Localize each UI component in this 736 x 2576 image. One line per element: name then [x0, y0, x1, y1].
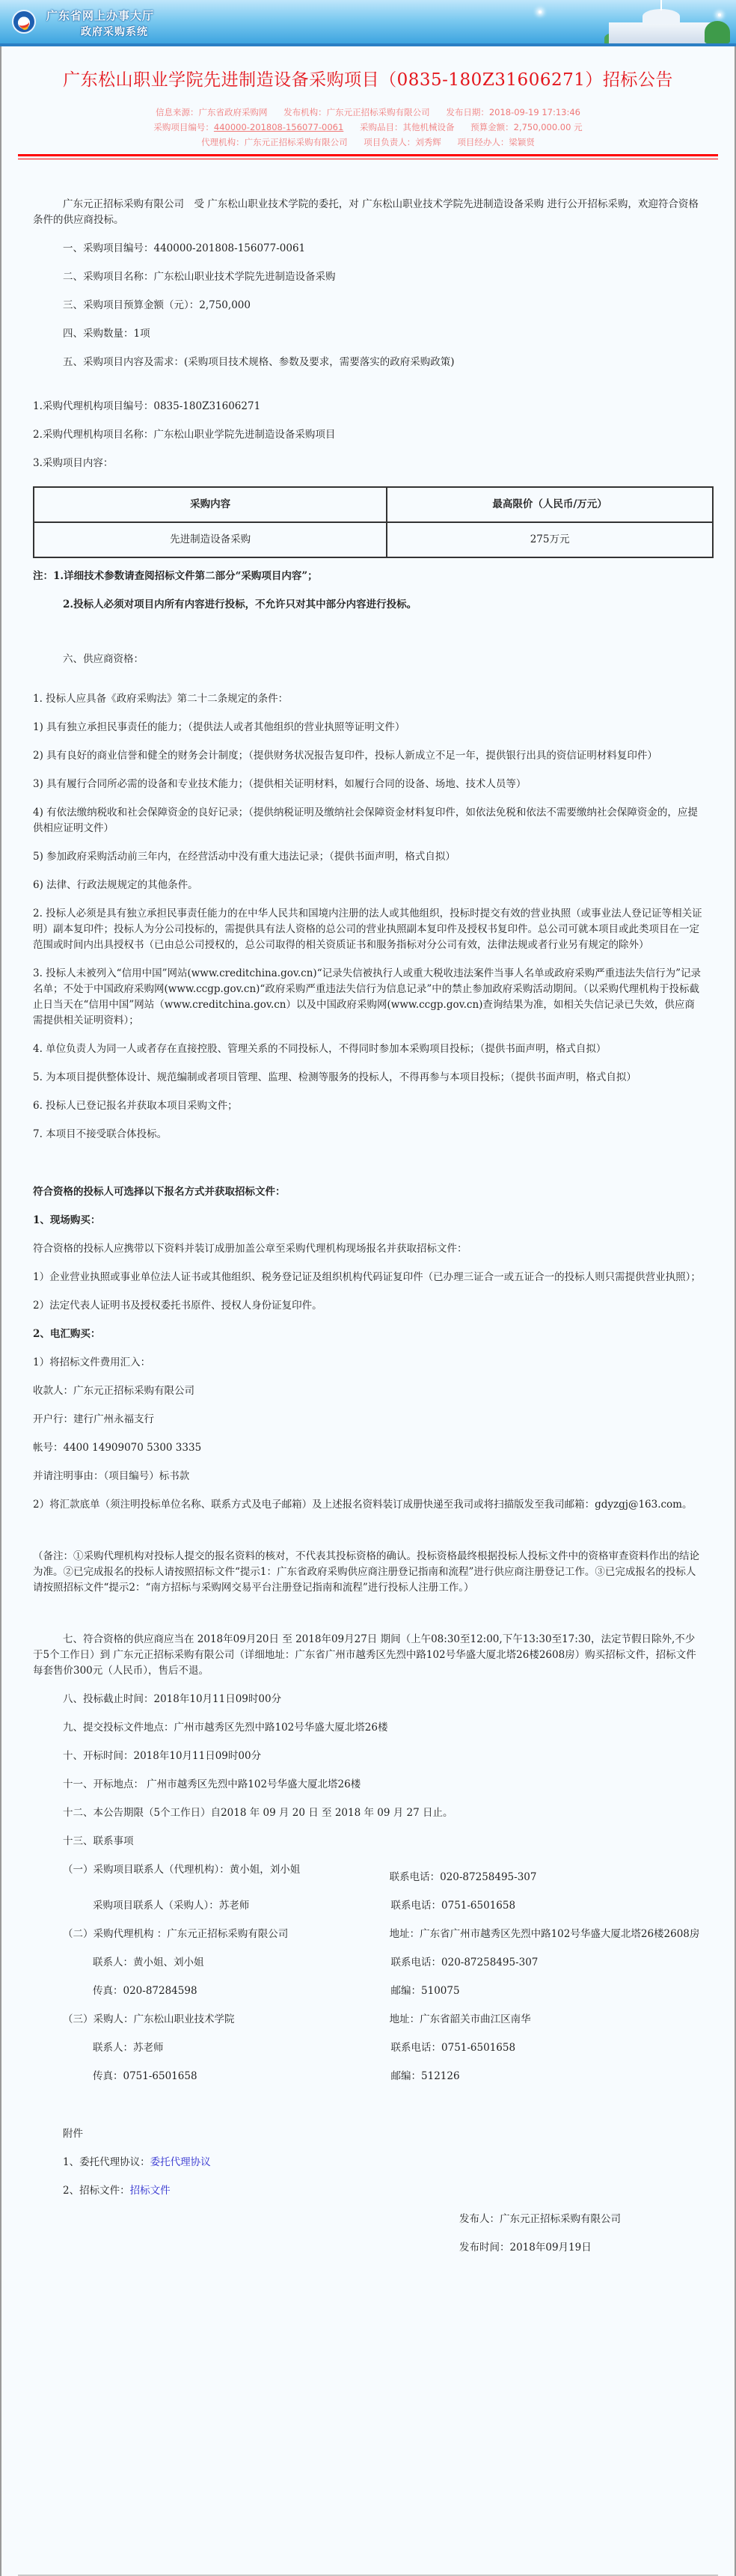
schedule-item: 九、提交投标文件地点：广州市越秀区先烈中路102号华盛大厦北塔26楼 [33, 1720, 703, 1736]
project-number-link[interactable]: 440000-201808-156077-0061 [214, 122, 343, 132]
onsite-item: 2）法定代表人证明书及授权委托书原件、授权人身份证复印件。 [33, 1298, 703, 1314]
contact-right: 联系电话：0751-6501658 [391, 1898, 703, 1914]
intro-item: 五、采购项目内容及需求：(采购项目技术规格、参数及要求，需要落实的政府采购政策) [33, 355, 703, 370]
wire-line: 2）将汇款底单（须注明投标单位名称、联系方式及电子邮箱）及上述报名资料装订成册快… [33, 1497, 703, 1513]
qualification-subitem: 2) 具有良好的商业信誉和健全的财务会计制度；（提供财务状况报告复印件，投标人新… [33, 748, 703, 764]
announcement-meta: 信息来源：广东省政府采购网 发布机构：广东元正招标采购有限公司 发布日期：201… [18, 105, 718, 150]
meta-date-label: 发布日期： [446, 107, 489, 117]
contact-left: （三）采购人：广东松山职业技术学院 [33, 2012, 390, 2028]
qualification-item: 6. 投标人已登记报名并获取本项目采购文件； [33, 1098, 703, 1114]
contact-right: 联系电话：020-87258495-307 [391, 1955, 703, 1971]
qualification-subitem: 1) 具有独立承担民事责任的能力；（提供法人或者其他组织的营业执照等证明文件） [33, 720, 703, 735]
contact-left: 传真：0751-6501658 [33, 2069, 391, 2084]
table-header-cell: 最高限价（人民币/万元） [387, 487, 713, 522]
wire-bank: 开户行：建行广州永福支行 [33, 1412, 703, 1428]
schedule-item: 十、开标时间：2018年10月11日09时00分 [33, 1749, 703, 1764]
contact-left: 联系人：苏老师 [33, 2040, 391, 2056]
page-title: 广东松山职业学院先进制造设备采购项目（0835-180Z31606271）招标公… [18, 46, 718, 105]
attachments-heading: 附件 [33, 2126, 703, 2142]
meta-source-value: 广东省政府采购网 [199, 107, 268, 117]
section-heading: 六、供应商资格： [33, 652, 703, 667]
qualification-subitem: 4) 有依法缴纳税收和社会保障资金的良好记录；（提供纳税证明及缴纳社会保障资金材… [33, 805, 703, 836]
intro-item: 三、采购项目预算金额（元）：2,750,000 [33, 298, 703, 313]
table-header-cell: 采购内容 [34, 487, 387, 522]
sparkle-decoration [539, 10, 542, 13]
contact-row: 联系人：苏老师 联系电话：0751-6501658 [33, 2040, 703, 2056]
wire-purchase-heading: 2、电汇购买： [33, 1327, 703, 1342]
meta-source-label: 信息来源： [156, 107, 199, 117]
meta-row-3: 代理机构：广东元正招标采购有限公司 项目负责人：刘秀辉 项目经办人：梁颖贤 [18, 135, 718, 150]
meta-project-no-label: 采购项目编号： [153, 122, 214, 132]
contact-left: 采购项目联系人（采购人）：苏老师 [33, 1898, 391, 1914]
contact-row: 传真：020-87284598 邮编：510075 [33, 1983, 703, 1999]
announcement-page: 广东松山职业学院先进制造设备采购项目（0835-180Z31606271）招标公… [0, 46, 736, 2576]
intro-item: 二、采购项目名称：广东松山职业技术学院先进制造设备采购 [33, 269, 703, 285]
wire-line: 1）将招标文件费用汇入： [33, 1355, 703, 1371]
meta-agency-label: 代理机构： [201, 137, 245, 147]
qualification-item: 4. 单位负责人为同一人或者存在直接控股、管理关系的不同投标人，不得同时参加本采… [33, 1041, 703, 1057]
wire-account: 帐号：4400 14909070 5300 3335 [33, 1440, 703, 1456]
contact-right: 地址：广东省广州市越秀区先烈中路102号华盛大厦北塔26楼2608房 [390, 1927, 703, 1942]
onsite-item: 1）企业营业执照或事业单位法人证书或其他组织、税务登记证及组织机构代码证复印件（… [33, 1270, 703, 1285]
banner-title-line2: 政府采购系统 [81, 24, 148, 39]
registration-remark: （备注：①采购代理机构对投标人提交的报名资料的核对，不代表其投标资格的确认。投标… [33, 1549, 703, 1596]
agency-info-item: 2.采购代理机构项目名称：广东松山职业学院先进制造设备采购项目 [33, 427, 703, 443]
contact-right: 邮编：512126 [391, 2069, 703, 2084]
meta-agency-value: 广东元正招标采购有限公司 [245, 137, 348, 147]
meta-budget-value: 2,750,000.00 元 [514, 122, 583, 132]
signature-time: 发布时间：2018年09月19日 [33, 2240, 703, 2256]
agency-info-item: 1.采购代理机构项目编号：0835-180Z31606271 [33, 399, 703, 414]
registration-heading: 符合资格的投标人可选择以下报名方式并获取招标文件： [33, 1184, 703, 1200]
schedule-item: 十二、本公告期限（5个工作日）自2018 年 09 月 20 日 至 2018 … [33, 1805, 703, 1821]
tree-decoration [705, 21, 730, 43]
table-cell: 275万元 [387, 522, 713, 557]
meta-manager-value: 刘秀辉 [415, 137, 441, 147]
agency-info-item: 3.采购项目内容： [33, 456, 703, 471]
meta-category-value: 其他机械设备 [402, 122, 454, 132]
contact-left: 传真：020-87284598 [33, 1983, 391, 1999]
note-line: 2.投标人必须对项目内所有内容进行投标，不允许只对其中部分内容进行投标。 [33, 597, 703, 613]
contact-right: 联系电话：020-87258495-307 [390, 1862, 703, 1885]
table-cell: 先进制造设备采购 [34, 522, 387, 557]
attachment-link-agency-agreement[interactable]: 委托代理协议 [150, 2156, 211, 2168]
contact-left: 联系人：黄小姐、刘小姐 [33, 1955, 391, 1971]
intro-item: 一、采购项目编号：440000-201808-156077-0061 [33, 241, 703, 257]
qualification-subitem: 3) 具有履行合同所必需的设备和专业技术能力；（提供相关证明材料，如履行合同的设… [33, 777, 703, 792]
meta-handler-label: 项目经办人： [457, 137, 509, 147]
meta-budget-label: 预算金额： [470, 122, 514, 132]
note-line: 注：1.详细技术参数请查阅招标文件第二部分“采购项目内容”； [33, 569, 703, 584]
qualification-subitem: 5) 参加政府采购活动前三年内，在经营活动中没有重大违法记录；（提供书面声明，格… [33, 849, 703, 865]
qualification-item: 5. 为本项目提供整体设计、规范编制或者项目管理、监理、检测等服务的投标人，不得… [33, 1070, 703, 1086]
meta-category-label: 采购品目： [360, 122, 403, 132]
meta-publisher-value: 广东元正招标采购有限公司 [327, 107, 430, 117]
attachment-label: 2、招标文件： [63, 2185, 130, 2197]
qualification-item: 1. 投标人应具备《政府采购法》第二十二条规定的条件： [33, 691, 703, 707]
qualification-item: 7. 本项目不接受联合体投标。 [33, 1127, 703, 1142]
schedule-item: 十三、联系事项 [33, 1834, 703, 1850]
schedule-item: 八、投标截止时间：2018年10月11日09时00分 [33, 1692, 703, 1707]
building-illustration [609, 22, 714, 43]
meta-handler-value: 梁颖贤 [509, 137, 535, 147]
qualification-subitem: 6) 法律、行政法规规定的其他条件。 [33, 878, 703, 893]
attachment-label: 1、委托代理协议： [63, 2156, 150, 2168]
meta-manager-label: 项目负责人： [364, 137, 415, 147]
contact-right: 联系电话：0751-6501658 [391, 2040, 703, 2056]
contact-row: 采购项目联系人（采购人）：苏老师 联系电话：0751-6501658 [33, 1898, 703, 1914]
site-banner: 广东省网上办事大厅 政府采购系统 [0, 0, 736, 43]
signature-publisher: 发布人：广东元正招标采购有限公司 [33, 2212, 703, 2227]
contact-row: （三）采购人：广东松山职业技术学院 地址：广东省韶关市曲江区南华 [33, 2012, 703, 2028]
table-row: 先进制造设备采购 275万元 [34, 522, 713, 557]
table-header-row: 采购内容 最高限价（人民币/万元） [34, 487, 713, 522]
schedule-item: 七、符合资格的供应商应当在 2018年09月20日 至 2018年09月27日 … [33, 1632, 703, 1679]
onsite-purchase-heading: 1、现场购买： [33, 1213, 703, 1229]
contact-right: 邮编：510075 [391, 1983, 703, 1999]
attachment-item: 1、委托代理协议：委托代理协议 [33, 2155, 703, 2170]
meta-publisher-label: 发布机构： [283, 107, 327, 117]
schedule-item: 十一、开标地点： 广州市越秀区先烈中路102号华盛大厦北塔26楼 [33, 1777, 703, 1793]
onsite-intro: 符合资格的投标人应携带以下资料并装订成册加盖公章至采购代理机构现场报名并获取招标… [33, 1241, 703, 1257]
contact-left: （一）采购项目联系人（代理机构）：黄小姐，刘小姐 [33, 1862, 390, 1885]
sparkle-decoration [718, 13, 721, 16]
contact-row: （二）采购代理机构 ：广东元正招标采购有限公司 地址：广东省广州市越秀区先烈中路… [33, 1927, 703, 1942]
attachment-link-tender-document[interactable]: 招标文件 [130, 2185, 171, 2197]
announcement-body: 广东元正招标采购有限公司 受 广东松山职业技术学院的委托，对 广东松山职业技术学… [18, 159, 718, 2301]
contact-left: （二）采购代理机构 ：广东元正招标采购有限公司 [33, 1927, 390, 1942]
attachment-item: 2、招标文件：招标文件 [33, 2183, 703, 2199]
guangdong-emblem-icon [12, 10, 36, 34]
title-divider-thick [18, 154, 718, 156]
contact-row: 传真：0751-6501658 邮编：512126 [33, 2069, 703, 2084]
wire-reference: 并请注明事由：（项目编号）标书款 [33, 1469, 703, 1484]
contact-row: （一）采购项目联系人（代理机构）：黄小姐，刘小姐 联系电话：020-872584… [33, 1862, 703, 1885]
procurement-content-table: 采购内容 最高限价（人民币/万元） 先进制造设备采购 275万元 [33, 486, 714, 558]
meta-row-1: 信息来源：广东省政府采购网 发布机构：广东元正招标采购有限公司 发布日期：201… [18, 105, 718, 120]
meta-date-value: 2018-09-19 17:13:46 [489, 107, 580, 117]
contact-row: 联系人：黄小姐、刘小姐 联系电话：020-87258495-307 [33, 1955, 703, 1971]
wire-payee: 收款人：广东元正招标采购有限公司 [33, 1383, 703, 1399]
meta-row-2: 采购项目编号：440000-201808-156077-0061 采购品目：其他… [18, 120, 718, 135]
qualification-item: 2. 投标人必须是具有独立承担民事责任能力的在中华人民共和国境内注册的法人或其他… [33, 906, 703, 953]
qualification-item: 3. 投标人未被列入“信用中国”网站(www.creditchina.gov.c… [33, 966, 703, 1029]
contact-right: 地址：广东省韶关市曲江区南华 [390, 2012, 703, 2028]
banner-title-line1: 广东省网上办事大厅 [46, 7, 154, 23]
intro-paragraph: 广东元正招标采购有限公司 受 广东松山职业技术学院的委托，对 广东松山职业技术学… [33, 197, 703, 228]
intro-item: 四、采购数量：1项 [33, 326, 703, 342]
